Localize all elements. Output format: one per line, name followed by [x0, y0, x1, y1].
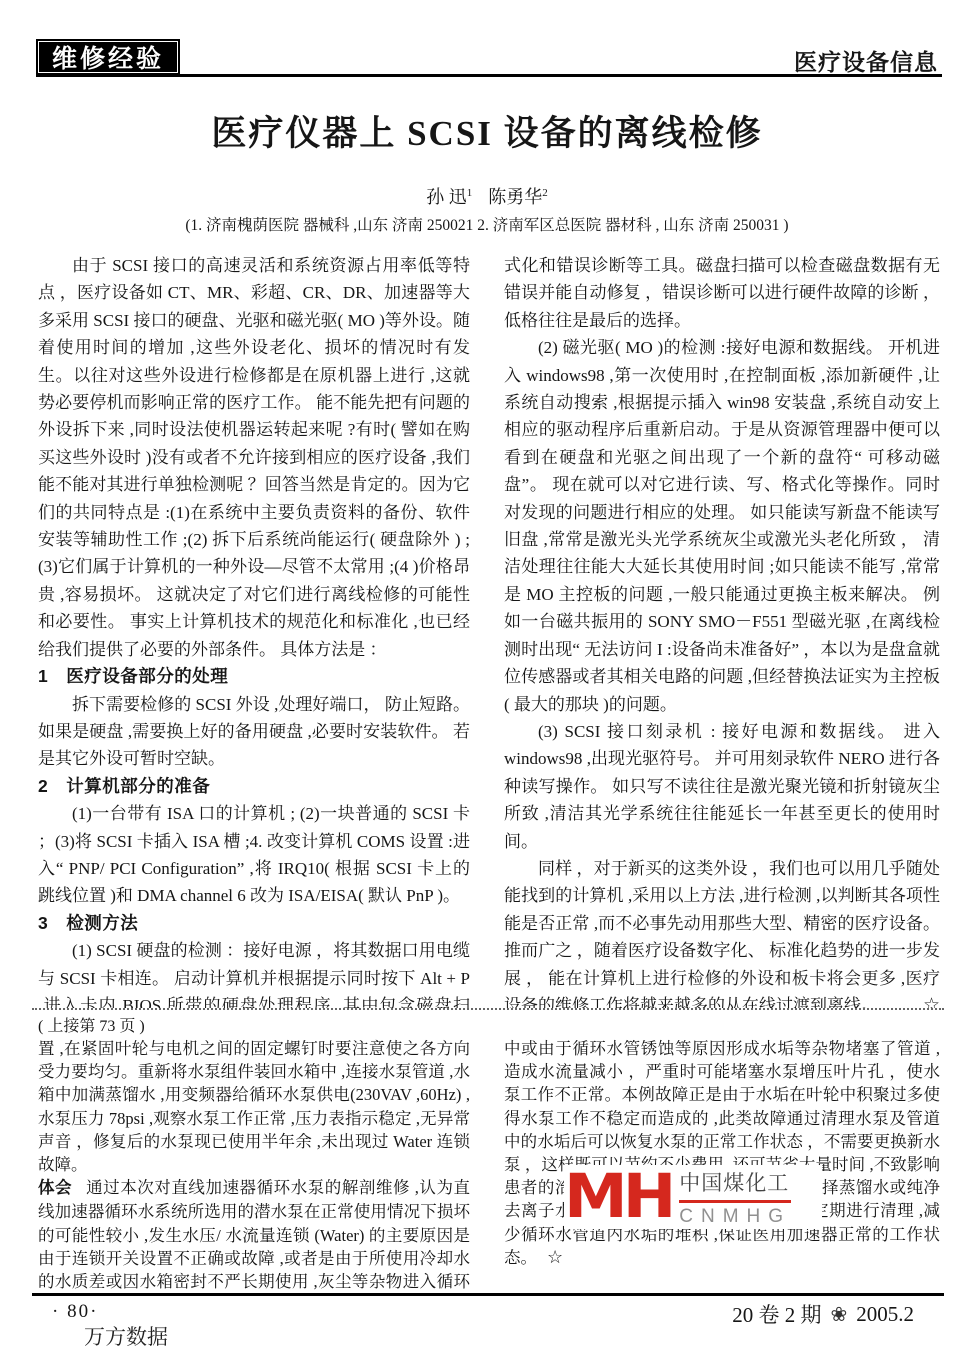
section1-heading: 1 医疗设备部分的处理 [38, 663, 470, 690]
author-2-sup: 2 [542, 187, 548, 199]
experience-label: 体会 [38, 1179, 72, 1197]
article2-left-paragraph-2: 体会通过本次对直线加速器循环水泵的解剖维修 ,认为直线加速器循环水系统所选用的潜… [38, 1176, 470, 1291]
article1-right-paragraph-4: 同样 ，对于新买的这类外设 ，我们也可以用几乎随处能找到的计算机 ,采用以上方法… [504, 855, 940, 1008]
wanfang-data-mark: 万方数据 [84, 1321, 168, 1351]
cnmhg-latin-name: CNMHG [679, 1206, 791, 1228]
page-number: · 80· [52, 1301, 98, 1323]
experience-text: 通过本次对直线加速器循环水泵的解剖维修 ,认为直线加速器循环水系统所选用的潜水泵… [38, 1178, 470, 1291]
article2-left-column: 置 ,在紧固叶轮与电机之间的固定螺钉时要注意使之各方向受力要均匀。重新将水泵组件… [38, 1037, 470, 1291]
article1-right-paragraph-2: (2) 磁光驱( MO )的检测 :接好电源和数据线。 开机进入 windows… [504, 334, 940, 718]
affiliation: (1. 济南槐荫医院 器械科 ,山东 济南 250021 2. 济南军区总医院 … [0, 213, 974, 235]
cnmhg-watermark-text: 中国煤化工 CNMHG [679, 1167, 791, 1228]
article-title: 医疗仪器上 SCSI 设备的离线检修 [0, 106, 974, 156]
volume-issue: 20 卷 2 期 [732, 1299, 821, 1329]
section2-heading: 2 计算机部分的准备 [38, 773, 470, 800]
article2-end-star-icon: ☆ [547, 1247, 563, 1267]
footer-rule [32, 1293, 944, 1296]
section1-body: 拆下需要检修的 SCSI 外设 ,处理好端口， 防止短路。 如果是硬盘 ,需要换… [38, 691, 470, 773]
article1-intro-paragraph: 由于 SCSI 接口的高速灵活和系统资源占用率低等特点 ，医疗设备如 CT、MR… [38, 252, 470, 663]
article2-closing-text: 中或由于循环水管锈蚀等原因形成水垢等杂物堵塞了管道 ,造成水流量减小 ，严重时可… [504, 1039, 940, 1267]
article1-right-column: 式化和错误诊断等工具。磁盘扫描可以检查磁盘数据有无错误并能自动修复 ，错误诊断可… [504, 252, 940, 1008]
issue-info: 20 卷 2 期 ❀ 2005.2 [732, 1299, 914, 1329]
article2-right-paragraph-1: 中或由于循环水管锈蚀等原因形成水垢等杂物堵塞了管道 ,造成水流量减小 ，严重时可… [504, 1037, 940, 1269]
column-tag: 维修经验 [36, 39, 180, 75]
author-1-name: 孙 迅 [426, 187, 467, 207]
florette-icon: ❀ [830, 1302, 847, 1327]
article1-right-paragraph-1: 式化和错误诊断等工具。磁盘扫描可以检查磁盘数据有无错误并能自动修复 ，错误诊断可… [504, 252, 940, 334]
author-1-sup: 1 [467, 187, 473, 199]
section3-body: (1) SCSI 硬盘的检测 ：接好电源 ，将其数据口用电缆与 SCSI 卡相连… [38, 937, 470, 1008]
journal-page: { "header": { "tag": "维修经验", "right": "医… [0, 0, 974, 1360]
section3-heading: 3 检测方法 [38, 910, 470, 937]
author-2-name: 陈勇华 [488, 187, 542, 207]
article1-closing-text: 同样 ，对于新买的这类外设 ，我们也可以用几乎随处能找到的计算机 ,采用以上方法… [504, 859, 940, 1008]
article2-left-paragraph-1: 置 ,在紧固叶轮与电机之间的固定螺钉时要注意使之各方向受力要均匀。重新将水泵组件… [38, 1037, 470, 1176]
article1-right-paragraph-3: (3) SCSI 接口刻录机 : 接好电源和数据线。 进入 windows98 … [504, 718, 940, 855]
continuation-note: ( 上接第 73 页 ) [38, 1013, 145, 1036]
cnmhg-logo-icon: MH [564, 1170, 671, 1223]
issue-date: 2005.2 [856, 1302, 914, 1327]
article-separator-dotted-rule [32, 1008, 944, 1010]
cnmhg-watermark: MH 中国煤化工 CNMHG [564, 1165, 822, 1229]
cnmhg-chinese-name: 中国煤化工 [679, 1167, 791, 1203]
journal-section-name: 医疗设备信息 [794, 44, 938, 77]
authors: 孙 迅1陈勇华2 [0, 183, 974, 209]
author-2: 陈勇华2 [488, 187, 548, 207]
section2-body: (1)一台带有 ISA 口的计算机 ; (2)一块普通的 SCSI 卡 ；(3)… [38, 800, 470, 910]
article1-left-column: 由于 SCSI 接口的高速灵活和系统资源占用率低等特点 ，医疗设备如 CT、MR… [38, 252, 470, 1008]
article-end-star-icon: ☆ [889, 992, 940, 1008]
author-1: 孙 迅1 [426, 187, 472, 207]
